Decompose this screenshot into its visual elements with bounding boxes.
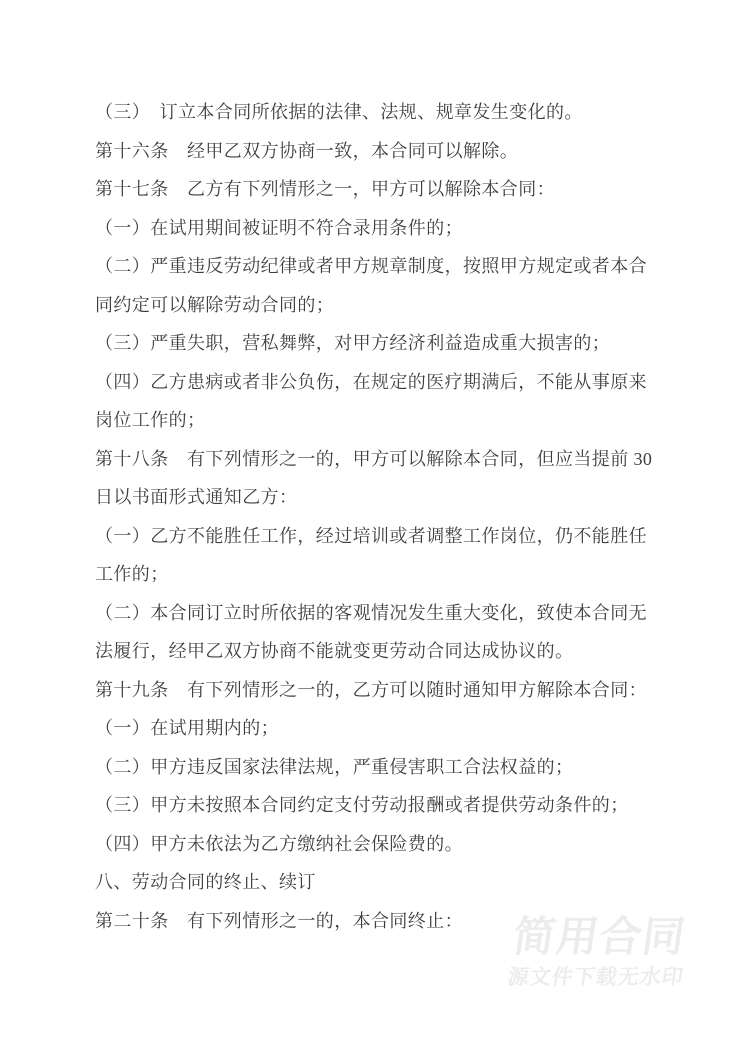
contract-line: （三） 订立本合同所依据的法律、法规、规章发生变化的。: [95, 93, 695, 132]
contract-line: （四）乙方患病或者非公负伤，在规定的医疗期满后，不能从事原来: [95, 363, 695, 402]
contract-line: （一）乙方不能胜任工作，经过培训或者调整工作岗位，仍不能胜任: [95, 517, 695, 556]
contract-line: 工作的；: [95, 555, 695, 594]
contract-line: 第十七条 乙方有下列情形之一，甲方可以解除本合同：: [95, 170, 695, 209]
contract-line: 日以书面形式通知乙方：: [95, 478, 695, 517]
watermark-subtitle: 源文件下载无水印: [506, 965, 686, 990]
contract-line: （四）甲方未依法为乙方缴纳社会保险费的。: [95, 825, 695, 864]
contract-line: 岗位工作的；: [95, 401, 695, 440]
contract-line: 八、劳动合同的终止、续订: [95, 863, 695, 902]
watermark-title: 简用合同: [510, 914, 692, 960]
contract-line: 法履行，经甲乙双方协商不能就变更劳动合同达成协议的。: [95, 632, 695, 671]
contract-line: （一）在试用期间被证明不符合录用条件的；: [95, 209, 695, 248]
contract-line: 第十六条 经甲乙双方协商一致，本合同可以解除。: [95, 132, 695, 171]
contract-document: （三） 订立本合同所依据的法律、法规、规章发生变化的。 第十六条 经甲乙双方协商…: [95, 93, 695, 940]
contract-line: （一）在试用期内的；: [95, 709, 695, 748]
contract-line: （三）甲方未按照本合同约定支付劳动报酬或者提供劳动条件的；: [95, 786, 695, 825]
contract-line: （二）严重违反劳动纪律或者甲方规章制度，按照甲方规定或者本合: [95, 247, 695, 286]
watermark: 简用合同 源文件下载无水印: [506, 914, 693, 990]
contract-line: 第十八条 有下列情形之一的，甲方可以解除本合同，但应当提前 30: [95, 440, 695, 479]
contract-page: { "page": { "background_color": "#ffffff…: [0, 0, 742, 1049]
contract-line: （三）严重失职，营私舞弊，对甲方经济利益造成重大损害的；: [95, 324, 695, 363]
contract-line: （二）本合同订立时所依据的客观情况发生重大变化，致使本合同无: [95, 594, 695, 633]
contract-line: （二）甲方违反国家法律法规，严重侵害职工合法权益的；: [95, 748, 695, 787]
contract-line: 第十九条 有下列情形之一的，乙方可以随时通知甲方解除本合同：: [95, 671, 695, 710]
contract-line: 同约定可以解除劳动合同的；: [95, 286, 695, 325]
